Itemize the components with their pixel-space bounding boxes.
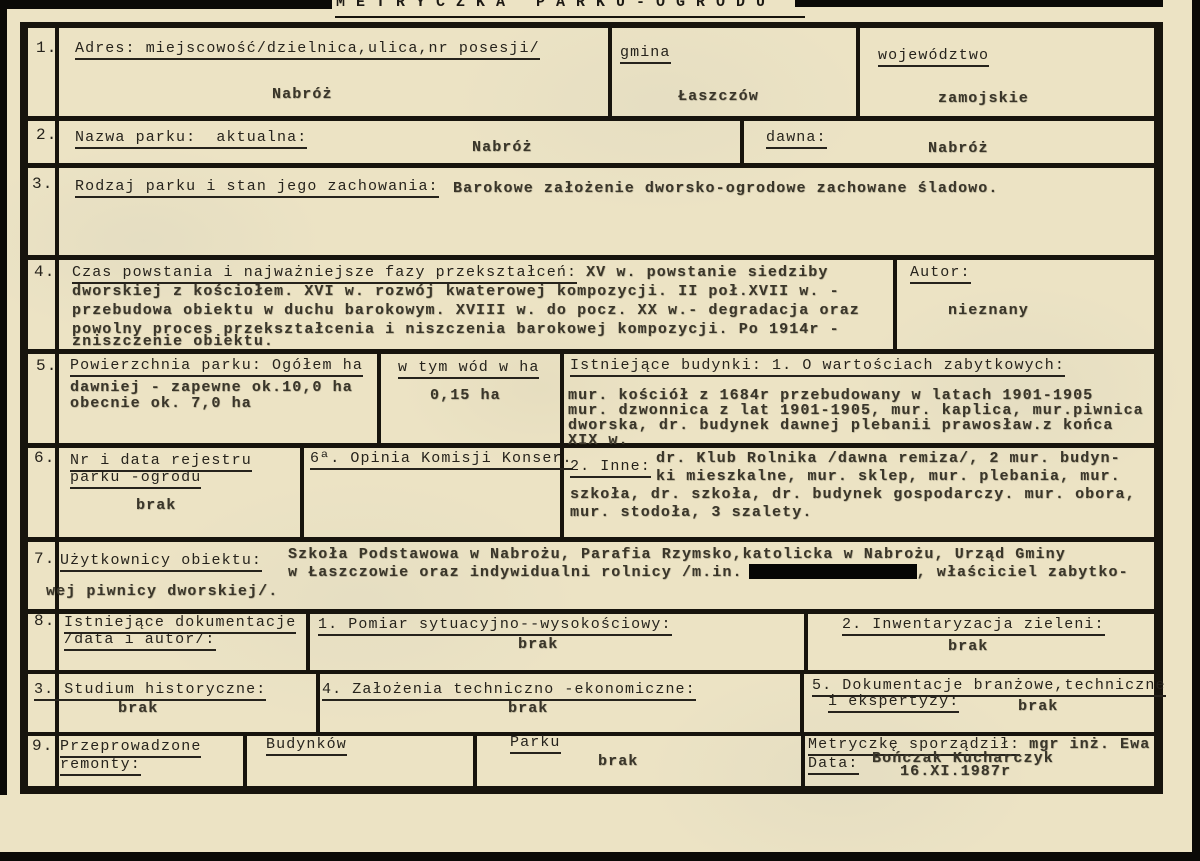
province-value: zamojskie bbox=[938, 90, 1029, 107]
water-label: w tym wód w ha bbox=[398, 359, 539, 379]
users-line-1: Szkoła Podstawowa w Nabrożu, Parafia Rzy… bbox=[288, 546, 1066, 563]
row-number-7: 7. bbox=[34, 551, 55, 568]
users-label: Użytkownicy obiektu: bbox=[60, 552, 262, 572]
province-label: województwo bbox=[878, 47, 989, 67]
scan-edge-left bbox=[0, 0, 7, 795]
other-buildings-line-4: mur. stodoła, 3 szalety. bbox=[570, 504, 812, 521]
scan-edge-right bbox=[1192, 0, 1200, 861]
documentation-label-2: /data i autor/: bbox=[64, 631, 216, 651]
historical-study-value: brak bbox=[118, 700, 158, 717]
park-type-value: Barokowe założenie dworsko-ogrodowe zach… bbox=[453, 180, 998, 197]
other-buildings-label: 2. Inne: bbox=[570, 458, 651, 478]
divider-r5-water bbox=[377, 349, 381, 443]
divider-r5-buildings bbox=[560, 349, 564, 537]
historical-study-label: 3. Studium historyczne: bbox=[34, 681, 266, 701]
table-border-left bbox=[20, 22, 28, 792]
expert-docs-label-1: 5. Dokumentacje branżowe,techniczne bbox=[812, 677, 1166, 697]
history-line-1: Czas powstania i najważniejsze fazy prze… bbox=[72, 264, 829, 281]
author-label: Autor: bbox=[910, 264, 971, 284]
greenery-inventory-value: brak bbox=[948, 638, 988, 655]
divider-r9-3 bbox=[801, 732, 805, 786]
row-number-5: 5. bbox=[36, 358, 57, 375]
buildings-renovations-label: Budynków bbox=[266, 736, 347, 756]
address-value: Nabróż bbox=[272, 86, 333, 103]
table-border-bottom bbox=[20, 786, 1163, 794]
gmina-value: Łaszczów bbox=[678, 88, 759, 105]
row-number-3: 3. bbox=[32, 176, 53, 193]
users-line-2-pre: w Łaszczowie oraz indywidualni rolnicy /… bbox=[288, 564, 743, 581]
history-line-3: przebudowa obiektu w duchu barokowym. XV… bbox=[72, 302, 860, 319]
gmina-label: gmina bbox=[620, 44, 671, 64]
park-renovations-label: Parku bbox=[510, 734, 561, 754]
users-line-2-post: , właściciel zabytko- bbox=[917, 564, 1129, 581]
row-separator-1 bbox=[20, 116, 1163, 121]
technical-assumptions-label: 4. Założenia techniczno -ekonomiczne: bbox=[322, 681, 696, 701]
divider-r9-2 bbox=[473, 732, 477, 786]
row-separator-3 bbox=[20, 255, 1163, 260]
row-number-2: 2. bbox=[36, 127, 57, 144]
other-buildings-line-1: dr. Klub Rolnika /dawna remiza/, 2 mur. … bbox=[656, 450, 1121, 467]
park-renovations-value: brak bbox=[598, 753, 638, 770]
row-number-4: 4. bbox=[34, 264, 55, 281]
row-separator-2 bbox=[20, 163, 1163, 168]
expert-docs-value: brak bbox=[1018, 698, 1058, 715]
history-label: Czas powstania i najważniejsze fazy prze… bbox=[72, 264, 577, 284]
users-line-3: wej piwnicy dworskiej/. bbox=[46, 583, 278, 600]
historic-buildings-line-4: XIX w. bbox=[568, 432, 629, 449]
divider-r1-province bbox=[856, 22, 860, 116]
area-current-value: obecnie ok. 7,0 ha bbox=[70, 395, 252, 412]
register-value: brak bbox=[136, 497, 176, 514]
row-separator-8 bbox=[20, 670, 1163, 674]
survey-value: brak bbox=[518, 636, 558, 653]
scanned-form-sheet: METRYCZKA PARKU-OGRODU 1. 2. 3. 4. 5. 6.… bbox=[0, 0, 1200, 861]
divider-r6-commission bbox=[300, 443, 304, 537]
redaction-box bbox=[749, 564, 917, 579]
historic-buildings-label: Istniejące budynki: 1. O wartościach zab… bbox=[570, 357, 1065, 377]
users-line-2: w Łaszczowie oraz indywidualni rolnicy /… bbox=[288, 564, 1129, 581]
former-name-label: dawna: bbox=[766, 129, 827, 149]
greenery-inventory-label: 2. Inwentaryzacja zieleni: bbox=[842, 616, 1105, 636]
row-number-9: 9. bbox=[32, 738, 53, 755]
renovations-label-1: Przeprowadzone bbox=[60, 738, 201, 758]
date-value: 16.XI.1987r bbox=[900, 763, 1011, 780]
divider-r8a-1 bbox=[306, 609, 310, 670]
survey-label: 1. Pomiar sytuacyjno--wysokościowy: bbox=[318, 616, 672, 636]
address-label: Adres: miejscowość/dzielnica,ulica,nr po… bbox=[75, 40, 540, 60]
divider-r4-author bbox=[893, 255, 897, 349]
park-name-current-value: Nabróż bbox=[472, 139, 533, 156]
row-separator-6 bbox=[20, 537, 1163, 542]
divider-r8b-1 bbox=[316, 670, 320, 732]
page-title: METRYCZKA PARKU-OGRODU bbox=[336, 0, 776, 11]
area-former-value: dawniej - zapewne ok.10,0 ha bbox=[70, 379, 353, 396]
divider-r8b-2 bbox=[800, 670, 804, 732]
table-border-top bbox=[20, 22, 1163, 28]
history-line-5: zniszczenie obiektu. bbox=[72, 333, 274, 350]
area-label: Powierzchnia parku: Ogółem ha bbox=[70, 357, 363, 377]
divider-r8a-2 bbox=[804, 609, 808, 670]
row-number-6: 6. bbox=[34, 450, 55, 467]
park-type-label: Rodzaj parku i stan jego zachowania: bbox=[75, 178, 439, 198]
history-line-2: dworskiej z kościołem. XVI w. rozwój kwa… bbox=[72, 283, 840, 300]
scan-edge-top-right bbox=[795, 0, 1163, 7]
row-number-1: 1. bbox=[36, 40, 57, 57]
scan-edge-bottom bbox=[0, 852, 1200, 861]
register-label-2: parku -ogrodu bbox=[70, 469, 201, 489]
history-value-1: XV w. powstanie siedziby bbox=[586, 264, 828, 281]
divider-r9-1 bbox=[243, 732, 247, 786]
commission-opinion-label: 6ª. Opinia Komisji Konser. bbox=[310, 450, 573, 470]
other-buildings-line-2: ki mieszkalne, mur. sklep, mur. plebania… bbox=[656, 468, 1121, 485]
row-number-8: 8. bbox=[34, 613, 55, 630]
scan-edge-top-left bbox=[0, 0, 332, 9]
park-name-label: Nazwa parku: aktualna: bbox=[75, 129, 307, 149]
former-name-value: Nabróż bbox=[928, 140, 989, 157]
divider-r1-gmina bbox=[608, 22, 612, 116]
historic-buildings-line-3: dworska, dr. budynek dawnej plebanii pra… bbox=[568, 417, 1113, 434]
author-value: nieznany bbox=[948, 302, 1029, 319]
technical-assumptions-value: brak bbox=[508, 700, 548, 717]
other-buildings-line-3: szkoła, dr. szkoła, dr. budynek gospodar… bbox=[570, 486, 1136, 503]
divider-r2-former bbox=[740, 116, 744, 163]
water-value: 0,15 ha bbox=[430, 387, 501, 404]
renovations-label-2: remonty: bbox=[60, 756, 141, 776]
date-label: Data: bbox=[808, 755, 859, 775]
